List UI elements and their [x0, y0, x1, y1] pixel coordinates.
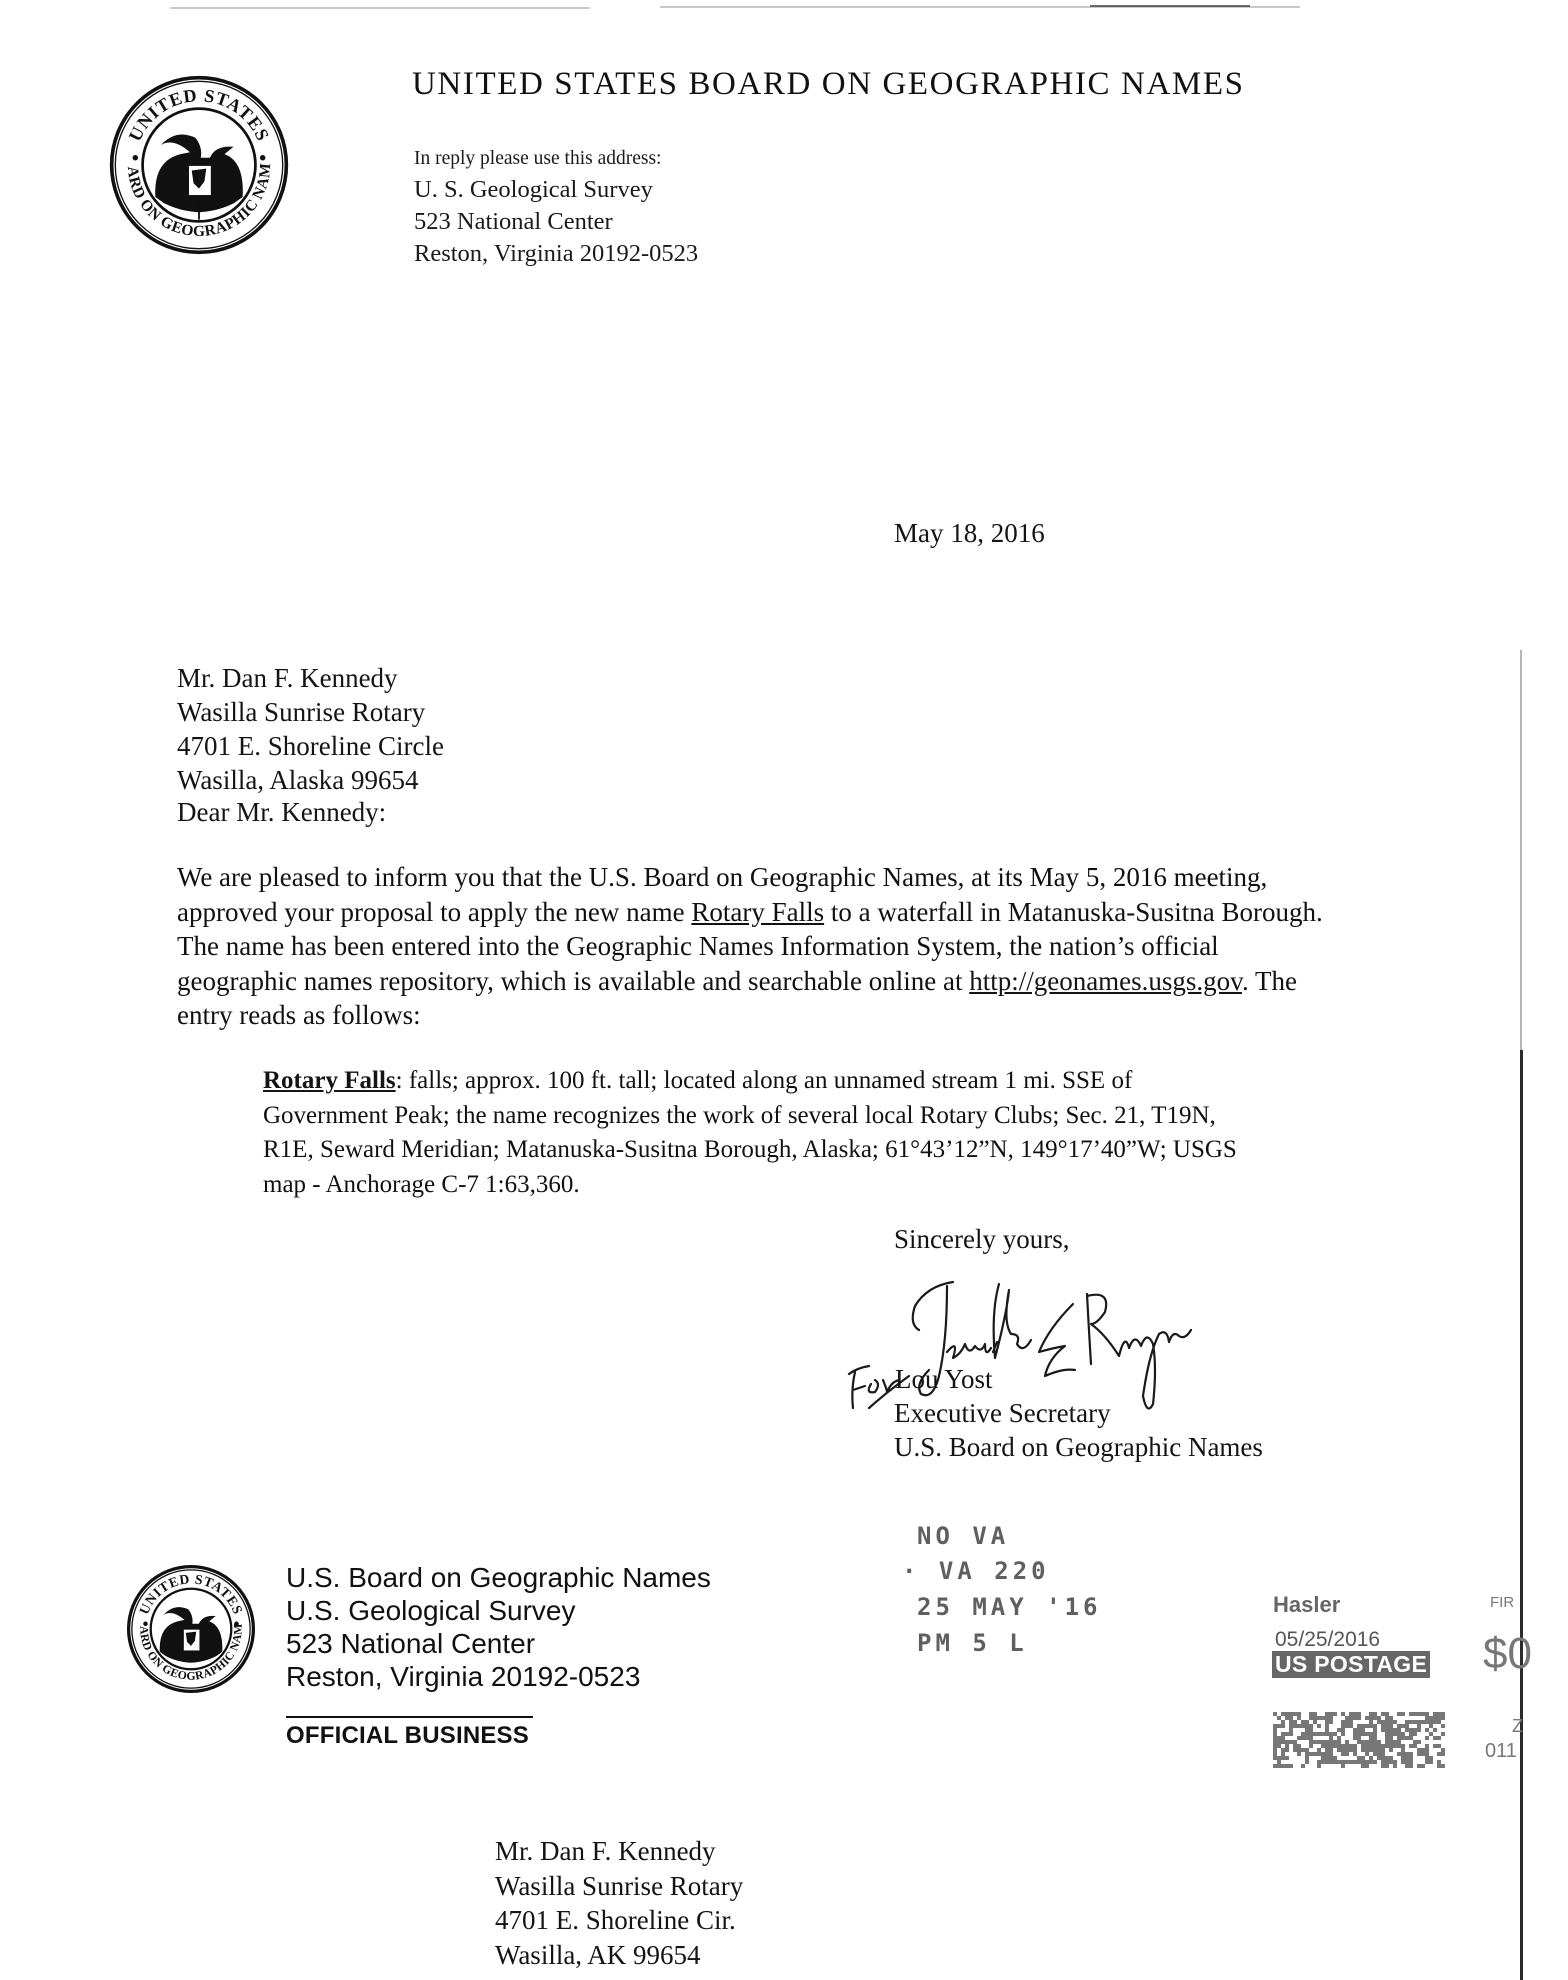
mailing-address-line: 4701 E. Shoreline Cir. — [495, 1905, 736, 1936]
return-address-line: 523 National Center — [286, 1628, 535, 1660]
signatory-organization: U.S. Board on Geographic Names — [894, 1432, 1263, 1463]
datamatrix-barcode-icon — [1273, 1712, 1445, 1768]
signatory-name: Lou Yost — [895, 1364, 993, 1395]
official-business-rule — [286, 1716, 533, 1718]
postmark-line: NO VA — [917, 1522, 1009, 1550]
salutation: Dear Mr. Kennedy: — [177, 797, 386, 828]
postage-amount-partial: $0 — [1483, 1632, 1532, 1676]
meter-brand: Hasler — [1273, 1592, 1340, 1618]
recipient-line: Wasilla, Alaska 99654 — [177, 765, 419, 796]
recipient-line: Mr. Dan F. Kennedy — [177, 663, 398, 694]
body-paragraph: We are pleased to inform you that the U.… — [177, 860, 1327, 1033]
scan-edge-line — [1520, 650, 1522, 1050]
return-address-line: U.S. Board on Geographic Names — [286, 1562, 711, 1594]
board-seal-icon: UNITED STATES BOARD ON GEOGRAPHIC NAMES — [108, 72, 290, 258]
signatory-title: Executive Secretary — [894, 1398, 1111, 1429]
geonames-link[interactable]: http://geonames.usgs.gov — [969, 966, 1242, 996]
reply-note: In reply please use this address: — [414, 148, 661, 170]
postmark-line: · VA 220 — [902, 1557, 1050, 1585]
gnis-entry: Rotary Falls: falls; approx. 100 ft. tal… — [263, 1064, 1253, 1202]
closing: Sincerely yours, — [894, 1224, 1069, 1255]
scan-artifact-top — [1090, 5, 1250, 7]
meter-code-partial: 011 — [1485, 1740, 1517, 1763]
mailing-address-line: Wasilla, AK 99654 — [495, 1940, 701, 1971]
scan-artifact-top — [170, 7, 590, 9]
reply-address-line: Reston, Virginia 20192-0523 — [414, 240, 698, 268]
us-postage-label: US POSTAGE — [1272, 1651, 1430, 1678]
mail-class-partial: FIR — [1490, 1594, 1514, 1611]
postmark-line: PM 5 L — [917, 1629, 1028, 1657]
reply-address-line: 523 National Center — [414, 208, 613, 236]
recipient-line: Wasilla Sunrise Rotary — [177, 697, 425, 728]
organization-title: UNITED STATES BOARD ON GEOGRAPHIC NAMES — [412, 66, 1245, 103]
feature-name: Rotary Falls — [691, 897, 824, 927]
mailing-address-line: Wasilla Sunrise Rotary — [495, 1871, 743, 1902]
meter-date: 05/25/2016 — [1275, 1628, 1380, 1652]
scan-edge-line — [1520, 1050, 1523, 1980]
official-business-label: OFFICIAL BUSINESS — [286, 1722, 529, 1750]
entry-name: Rotary Falls — [263, 1067, 396, 1094]
letter-date: May 18, 2016 — [894, 518, 1045, 549]
reply-address-line: U. S. Geological Survey — [414, 176, 653, 204]
recipient-line: 4701 E. Shoreline Circle — [177, 731, 444, 762]
mailing-address-line: Mr. Dan F. Kennedy — [495, 1836, 716, 1867]
return-address-line: U.S. Geological Survey — [286, 1595, 575, 1627]
board-seal-small-icon: UNITED STATES BOARD ON GEOGRAPHIC NAMES — [126, 1562, 256, 1696]
return-address-line: Reston, Virginia 20192-0523 — [286, 1661, 640, 1693]
zip-partial: Z — [1512, 1716, 1523, 1737]
entry-text: : falls; approx. 100 ft. tall; located a… — [263, 1067, 1237, 1198]
postmark-date: 25 MAY '16 — [917, 1593, 1102, 1621]
